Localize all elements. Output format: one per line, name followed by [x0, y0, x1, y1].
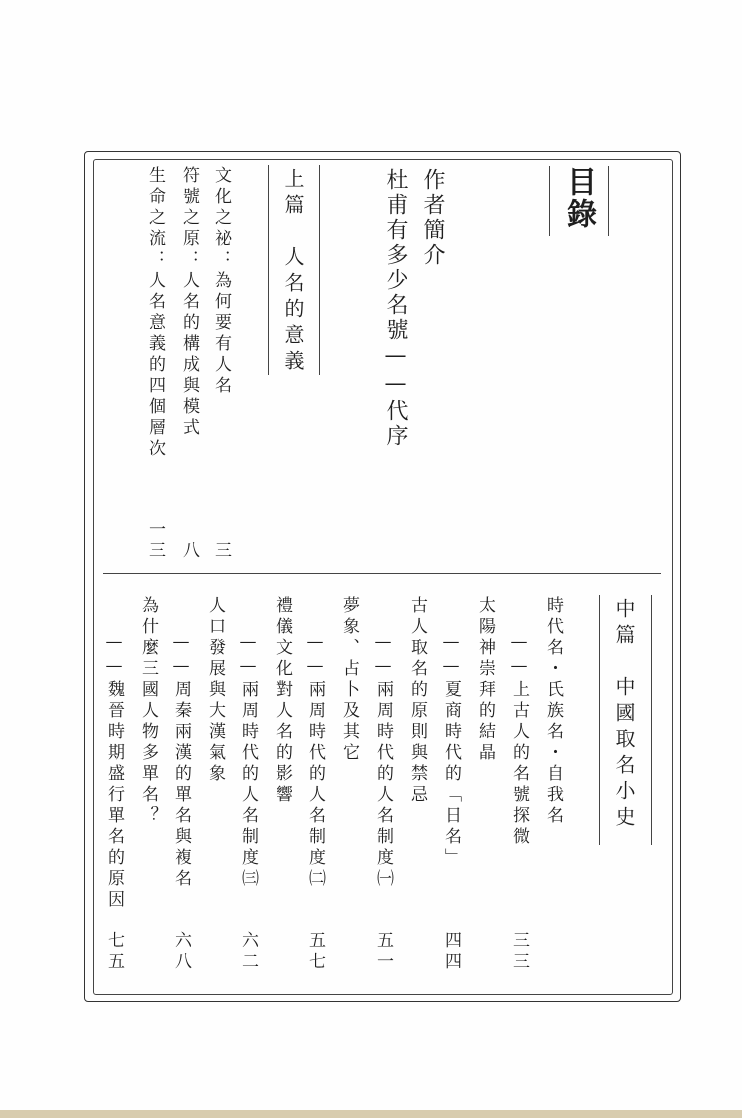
page-number: 六二	[239, 931, 256, 973]
section-rule-middle-right	[651, 595, 652, 845]
page-number: 六八	[172, 931, 189, 973]
toc-entry[interactable]: 文化之祕：為何要有人名	[212, 166, 229, 397]
section-heading-upper: 上篇 人名的意義	[283, 168, 303, 376]
page-number: 五一	[374, 931, 391, 973]
section-heading-middle: 中篇 中國取名小史	[614, 598, 634, 832]
scan-edge-strip	[0, 1110, 742, 1118]
title-rule-left	[549, 166, 550, 236]
toc-entry-subtitle[interactable]: ——魏晉時期盛行單名的原因	[105, 632, 122, 911]
section-rule-upper-left	[268, 165, 269, 375]
toc-entry-subtitle[interactable]: ——兩周時代的人名制度㈡	[306, 632, 323, 890]
section-divider	[103, 573, 661, 574]
toc-entry-subtitle[interactable]: ——夏商時代的「日名」	[442, 632, 459, 869]
toc-entry[interactable]: 符號之原：人名的構成與模式	[180, 166, 197, 439]
page-number: 八	[180, 541, 197, 562]
page-number: 三三	[510, 931, 527, 973]
page-number: 一三	[146, 520, 163, 562]
toc-entry[interactable]: 太陽神崇拜的結晶	[476, 596, 493, 764]
toc-entry[interactable]: 人口發展與大漢氣象	[206, 596, 223, 785]
section-rule-middle-left	[599, 595, 600, 845]
title-rule-right	[608, 166, 609, 236]
toc-entry[interactable]: 禮儀文化對人名的影響	[273, 596, 290, 806]
page-number: 四四	[442, 931, 459, 973]
toc-entry[interactable]: 為什麼三國人物多單名？	[139, 596, 156, 827]
page-number: 五七	[306, 931, 323, 973]
toc-entry-preface[interactable]: 杜甫有多少名號——代序	[384, 168, 406, 449]
toc-entry[interactable]: 時代名・氏族名・自我名	[544, 596, 561, 827]
toc-entry[interactable]: 古人取名的原則與禁忌	[408, 596, 425, 806]
toc-entry-subtitle[interactable]: ——兩周時代的人名制度㈢	[239, 632, 256, 890]
page-title: 目錄	[563, 166, 593, 230]
toc-entry-subtitle[interactable]: ——周秦兩漢的單名與複名	[172, 632, 189, 890]
toc-entry-subtitle[interactable]: ——兩周時代的人名制度㈠	[374, 632, 391, 890]
toc-entry-author-intro[interactable]: 作者簡介	[421, 168, 443, 268]
toc-entry[interactable]: 生命之流：人名意義的四個層次	[146, 166, 163, 460]
page-number: 三	[212, 541, 229, 562]
toc-entry[interactable]: 夢象、占卜及其它	[340, 596, 357, 764]
section-rule-upper	[319, 165, 320, 375]
page-number: 七五	[105, 931, 122, 973]
toc-entry-subtitle[interactable]: ——上古人的名號探微	[510, 632, 527, 848]
